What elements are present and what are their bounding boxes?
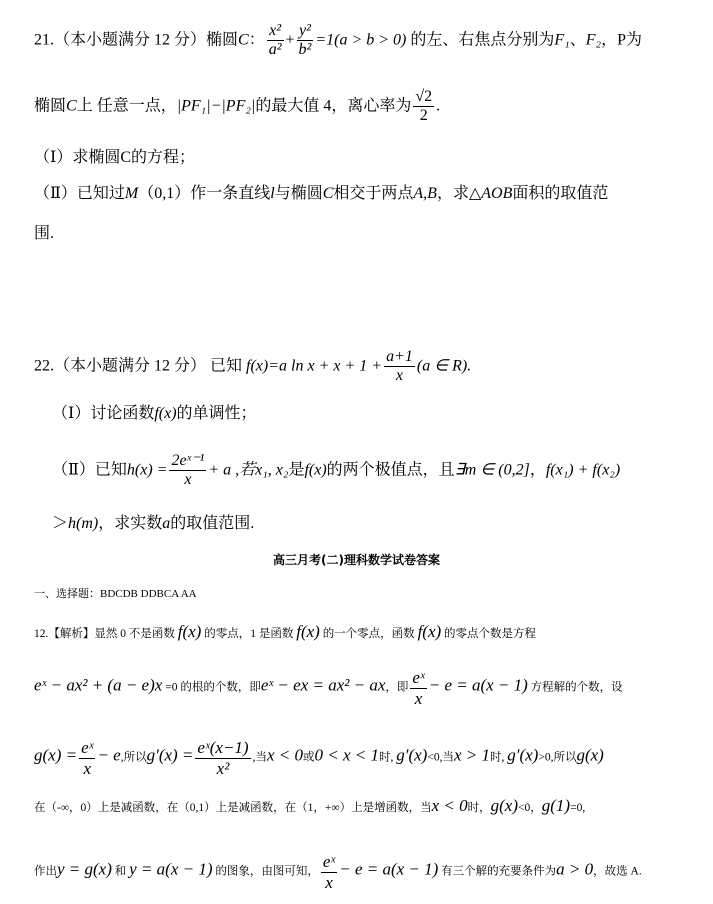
text: 的取值范围. (170, 515, 254, 532)
eccentricity-fraction: √22 (413, 88, 434, 126)
text: 时, (490, 752, 504, 764)
equation: y = a(x − 1) (129, 860, 212, 879)
denominator: 2 (413, 107, 434, 125)
q22-prefix: 22.（本小题满分 12 分） 已知 (34, 358, 242, 375)
numerator: x² (267, 22, 284, 41)
text: 是 (288, 462, 304, 479)
fraction-derivative: eˣ(x−1)x² (195, 738, 250, 778)
equation: eˣ − ax² + (a − e)x (34, 676, 162, 695)
function-f: f(x) (296, 622, 320, 641)
q21-line-2: 椭圆C上 任意一点，|PF₁|−|PF₂|的最大值 4，离心率为√22. (34, 88, 713, 126)
numerator: eˣ (79, 738, 95, 759)
text: =0 的根的个数，即 (165, 682, 261, 694)
q21-part-1: （Ⅰ）求椭圆C的方程； (34, 144, 713, 167)
fraction-ex-x: eˣx (79, 738, 95, 778)
text: 的单调性； (177, 405, 257, 422)
text: ，求实数 (98, 515, 162, 532)
text: + a ,若 (208, 462, 255, 479)
text: 椭圆 (34, 98, 66, 115)
q12-line-1: 12.【解析】显然 0 不是函数 f(x) 的零点，1 是函数 f(x) 的一个… (34, 622, 713, 642)
period: . (436, 98, 440, 115)
fraction-ex-x: eˣx (321, 852, 337, 892)
q21-prefix: 21.（本小题满分 12 分）椭圆 (34, 32, 238, 49)
curve-symbol: C (66, 98, 77, 115)
cond: x < 0 (432, 796, 468, 815)
q22-part-2-cont: ＞h(m)，求实数a的取值范围. (52, 510, 713, 533)
cond: a > 0 (556, 860, 593, 879)
text: ，求△ (437, 185, 481, 202)
text: 12.【解析】显然 0 不是函数 (34, 628, 175, 640)
fraction-ex-x: eˣx (410, 668, 426, 708)
text: 面积的取值范 (512, 185, 608, 202)
text: 的零点个数是方程 (444, 628, 536, 640)
denominator: x (169, 471, 206, 489)
points-ab: A,B (413, 185, 437, 202)
derivative-g: g′(x) (396, 746, 427, 765)
extrema-points: x₁, x₂ (255, 462, 288, 479)
numerator: y² (297, 22, 314, 41)
q12-line-3: g(x) =eˣx− e,所以g′(x) =eˣ(x−1)x²,当x < 0或0… (34, 738, 713, 778)
text: 的图象，由图可知， (215, 866, 319, 878)
fraction-x2-a2: x²a² (267, 22, 284, 60)
numerator: eˣ (410, 668, 426, 689)
text: 时, (379, 752, 393, 764)
text: （Ⅱ）已知 (52, 462, 127, 479)
fraction-a1-x: a+1x (384, 348, 415, 386)
numerator: √2 (413, 88, 434, 107)
equation: − e = a(x − 1) (339, 860, 438, 879)
choice-answers: 一、选择题：BDCDB DDBCA AA (34, 585, 713, 601)
fraction-y2-b2: y²b² (297, 22, 314, 60)
numerator: eˣ(x−1) (195, 738, 250, 759)
q21-mid-text: 的左、右焦点分别为 (410, 32, 554, 49)
text: 的一个零点，函数 (323, 628, 415, 640)
equation: − e = a(x − 1) (429, 676, 528, 695)
exists-condition: ∃m ∈ (0,2] (455, 462, 530, 479)
text: ，即 (385, 682, 408, 694)
sum-expr: f(x₁) + f(x₂) (546, 462, 620, 479)
text: 方程解的个数，设 (531, 682, 623, 694)
function-f: f(x) (178, 622, 202, 641)
text: − e (97, 746, 120, 765)
denominator: x (79, 759, 95, 779)
text: ，故选 A. (593, 866, 642, 878)
text: <0， (518, 802, 542, 814)
function-f: f(x) (418, 622, 442, 641)
denominator: x² (195, 759, 250, 779)
cond: x > 1 (454, 746, 490, 765)
text: 相交于两点 (333, 185, 413, 202)
domain-condition: (a ∈ R). (417, 358, 471, 375)
q21-part-2-cont: 围. (34, 220, 713, 243)
point-m: M (125, 185, 138, 202)
equation: eˣ − ex = ax² − ax (261, 676, 386, 695)
function-g: g(x) (491, 796, 518, 815)
text: ， (530, 462, 546, 479)
ellipse-condition: =1(a > b > 0) (315, 32, 406, 49)
denominator: a² (267, 41, 284, 59)
derivative-g: g′(x) (507, 746, 538, 765)
text: 作出 (34, 866, 57, 878)
function-f-def: f(x)=a ln x + x + 1 + (246, 358, 382, 375)
q12-line-4: 在（-∞，0）上是减函数，在（0,1）上是减函数，在（1，+∞）上是增函数，当x… (34, 796, 713, 816)
q12-line-2: eˣ − ax² + (a − e)x =0 的根的个数，即eˣ − ex = … (34, 668, 713, 708)
q21-part-2: （Ⅱ）已知过M（0,1）作一条直线l与椭圆C相交于两点A,B，求△AOB面积的取… (34, 180, 713, 203)
function-g: g(x) = (34, 746, 77, 765)
text: （0,1）作一条直线 (138, 185, 270, 202)
q21-tail: ，P为 (601, 32, 642, 49)
curve-symbol: C (238, 32, 249, 49)
text: （Ⅱ）已知过 (34, 185, 125, 202)
text: 在（-∞，0）上是减函数，在（0,1）上是减函数，在（1，+∞）上是增函数，当 (34, 802, 432, 814)
text: =0, (570, 802, 585, 814)
separator: 、 (570, 32, 586, 49)
cond: 0 < x < 1 (315, 746, 380, 765)
text: 上 任意一点， (77, 98, 177, 115)
text: ,所以 (121, 752, 147, 764)
function-h: h(x) = (127, 462, 168, 479)
function-f: f(x) (304, 462, 326, 479)
text: 的两个极值点，且 (327, 462, 455, 479)
denominator: x (410, 689, 426, 709)
denominator: x (384, 367, 415, 385)
numerator: a+1 (384, 348, 415, 367)
focus-f2: F₂ (586, 32, 601, 49)
equation: y = g(x) (57, 860, 112, 879)
text: <0,当 (427, 752, 454, 764)
q21-line-1: 21.（本小题满分 12 分）椭圆C：x²a²+y²b²=1(a > b > 0… (34, 22, 713, 60)
text: 与椭圆 (275, 185, 323, 202)
focus-f1: F₁ (554, 32, 569, 49)
triangle-aob: AOB (481, 185, 512, 202)
function-g-1: g(1) (542, 796, 570, 815)
text: 时， (468, 802, 491, 814)
text: ,当 (253, 752, 267, 764)
denominator: x (321, 873, 337, 893)
q22-part-2: （Ⅱ）已知h(x) =2eˣ⁻¹x+ a ,若x₁, x₂是f(x)的两个极值点… (52, 452, 713, 490)
curve-symbol: C (323, 185, 334, 202)
text: 有三个解的充要条件为 (441, 866, 556, 878)
fraction-h: 2eˣ⁻¹x (169, 452, 206, 490)
numerator: 2eˣ⁻¹ (169, 452, 206, 471)
colon: ： (249, 32, 265, 49)
derivative-g: g′(x) = (147, 746, 194, 765)
cond: x < 0 (267, 746, 303, 765)
q12-line-5: 作出y = g(x) 和 y = a(x − 1) 的图象，由图可知，eˣx− … (34, 852, 713, 892)
text: 的最大值 4，离心率为 (255, 98, 411, 115)
abs-difference-expr: |PF₁|−|PF₂| (177, 98, 256, 115)
text: >0,所以 (538, 752, 576, 764)
function-g: g(x) (576, 746, 603, 765)
text: 的零点，1 是函数 (204, 628, 293, 640)
numerator: eˣ (321, 852, 337, 873)
q22-part-1: （Ⅰ）讨论函数f(x)的单调性； (52, 400, 713, 423)
text: ＞ (52, 515, 68, 532)
denominator: b² (297, 41, 314, 59)
function-f: f(x) (154, 405, 176, 422)
q22-line-1: 22.（本小题满分 12 分） 已知 f(x)=a ln x + x + 1 +… (34, 348, 713, 386)
text: （Ⅰ）讨论函数 (52, 405, 154, 422)
h-of-m: h(m) (68, 515, 98, 532)
text: 或 (303, 752, 315, 764)
answers-title: 高三月考(二)理科数学试卷答案 (0, 551, 713, 568)
text: 和 (115, 866, 127, 878)
